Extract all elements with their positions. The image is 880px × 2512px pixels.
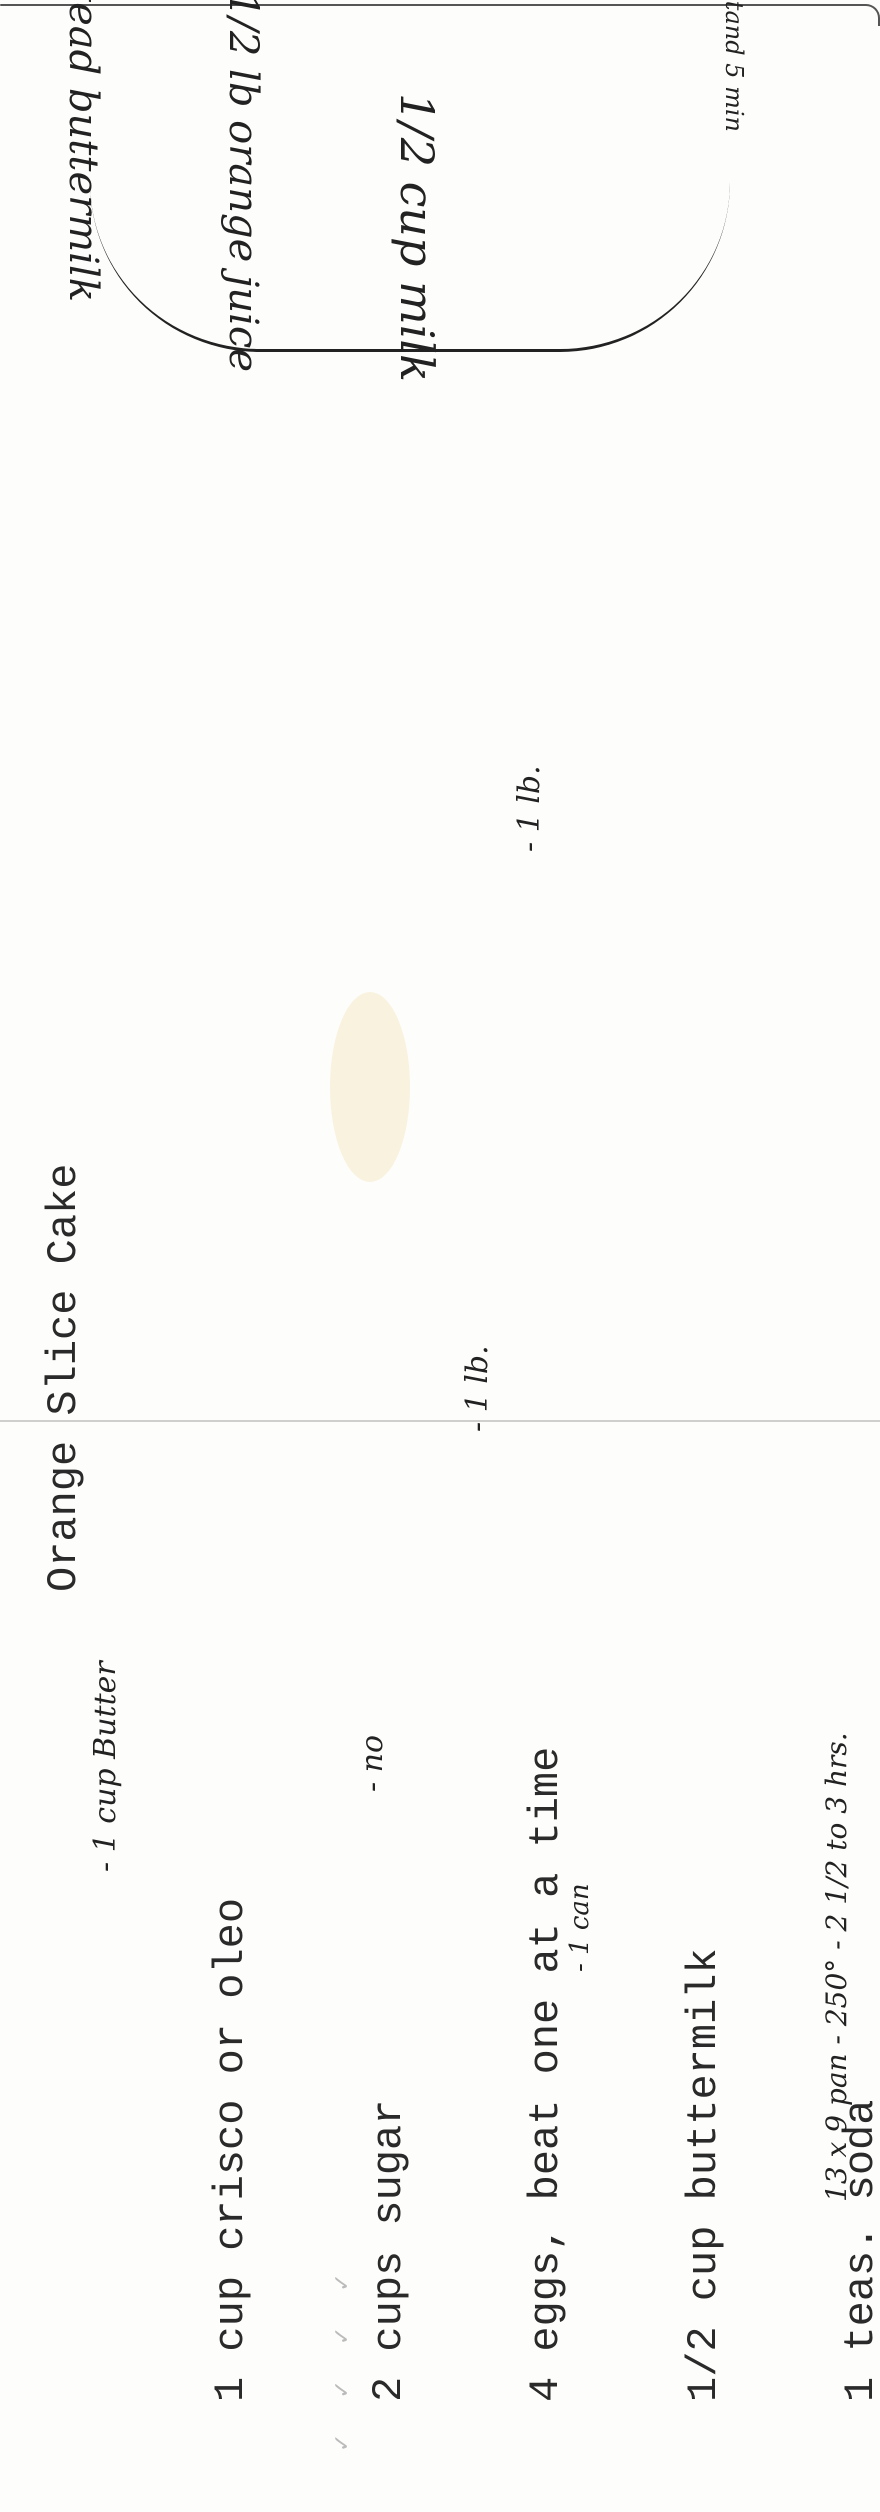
ingredient-line: 2 cups sugar <box>363 562 416 2402</box>
ingredient-line: 1 cup crisco or oleo <box>205 562 258 2402</box>
handwritten-bake-note: 13 x 9 pan - 250° - 2 1/2 to 3 hrs. <box>820 1732 853 2202</box>
handwritten-candy-note: - 1 lb. <box>512 765 547 852</box>
handwritten-glaze-note-2: 1/2 lb orange juice <box>220 0 266 372</box>
handwritten-crisco-note: - 1 cup Butter <box>88 1661 123 1872</box>
handwritten-glaze-note-1: 1/2 cup milk <box>390 93 444 382</box>
rotated-recipe-sheet: Orange Slice Cake 1 cup crisco or oleo 2… <box>0 0 880 2512</box>
handwritten-corner-note: let stand 5 min <box>720 0 748 132</box>
handwritten-dates-note: - 1 lb. <box>460 1345 495 1432</box>
handwritten-coconut-note: - 1 can <box>565 1883 595 1972</box>
handwritten-glaze-note-3: instead buttermilk <box>60 0 106 302</box>
recipe-title: Orange Slice Cake <box>40 1164 88 1592</box>
recipe-card: Orange Slice Cake 1 cup crisco or oleo 2… <box>0 0 880 2512</box>
handwritten-rind-note: - no <box>355 1735 390 1792</box>
ingredient-line: 1/2 cup buttermilk <box>678 562 731 2402</box>
recipe-body: 1 cup crisco or oleo 2 cups sugar 4 eggs… <box>100 562 880 2402</box>
check-marks: ✓ ✓ ✓ ✓ <box>330 2259 355 2452</box>
